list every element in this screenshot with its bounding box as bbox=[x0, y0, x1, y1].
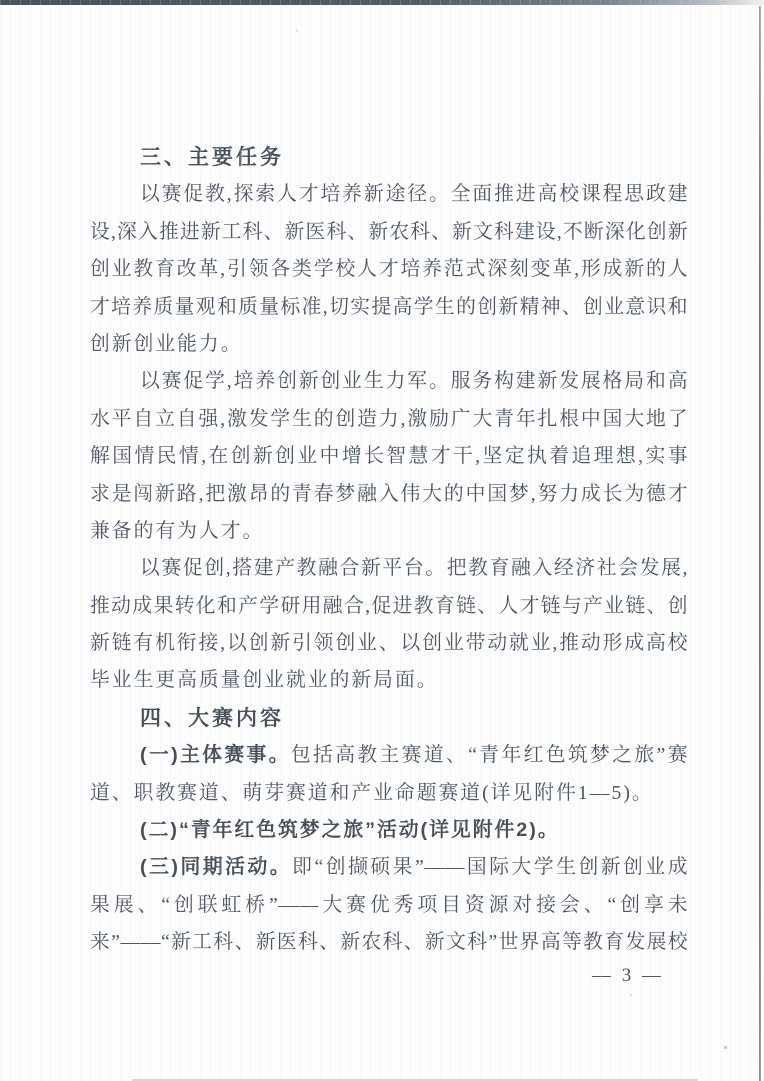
scan-speck bbox=[724, 1046, 727, 1049]
body-line: 求是闯新路,把激昂的青春梦融入伟大的中国梦,努力成长为德才 bbox=[90, 476, 688, 513]
body-line: (一)主体赛事。包括高教主赛道、“青年红色筑梦之旅”赛 bbox=[90, 737, 688, 774]
body-line: 来”——“新工科、新医科、新农科、新文科”世界高等教育发展校 bbox=[90, 924, 688, 961]
body-line: 才培养质量观和质量标准,切实提高学生的创新精神、创业意识和 bbox=[90, 289, 688, 326]
scanned-document-page: { "page": { "number_label": "— 3 —", "in… bbox=[0, 0, 764, 1081]
body-line: 创业教育改革,引领各类学校人才培养范式深刻变革,形成新的人 bbox=[90, 251, 688, 288]
body-line: 道、职教赛道、萌芽赛道和产业命题赛道(详见附件1—5)。 bbox=[90, 775, 688, 812]
item-red-dream-journey: (二)“青年红色筑梦之旅”活动(详见附件2)。 bbox=[90, 812, 688, 849]
section-heading-main-tasks: 三、主要任务 bbox=[90, 139, 688, 176]
body-line: 以赛促创,搭建产教融合新平台。把教育融入经济社会发展, bbox=[90, 550, 688, 587]
item-lead-main-events: (一)主体赛事。 bbox=[140, 744, 291, 766]
body-line: 创新创业能力。 bbox=[90, 326, 688, 363]
body-line: (三)同期活动。即“创撷硕果”——国际大学生创新创业成 bbox=[90, 849, 688, 886]
item-text: 即“创撷硕果”——国际大学生创新创业成 bbox=[292, 856, 688, 878]
paragraph-promote-innovation: 以赛促创,搭建产教融合新平台。把教育融入经济社会发展, 推动成果转化和产学研用融… bbox=[90, 550, 688, 700]
body-line: 解国情民情,在创新创业中增长智慧才干,坚定执着追理想,实事 bbox=[90, 438, 688, 475]
scan-speck bbox=[296, 30, 298, 32]
body-line: 以赛促学,培养创新创业生力军。服务构建新发展格局和高 bbox=[90, 363, 688, 400]
item-lead-red-dream-journey: (二)“青年红色筑梦之旅”活动(详见附件2)。 bbox=[140, 819, 560, 841]
body-line: 果展、“创联虹桥”——大赛优秀项目资源对接会、“创享未 bbox=[90, 887, 688, 924]
document-body: 三、主要任务 以赛促教,探索人才培养新途径。全面推进高校课程思政建 设,深入推进… bbox=[90, 139, 688, 962]
body-line: 推动成果转化和产学研用融合,促进教育链、人才链与产业链、创 bbox=[90, 588, 688, 625]
body-line: 毕业生更高质量创业就业的新局面。 bbox=[90, 662, 688, 699]
item-main-events: (一)主体赛事。包括高教主赛道、“青年红色筑梦之旅”赛 道、职教赛道、萌芽赛道和… bbox=[90, 737, 688, 812]
paragraph-promote-teaching: 以赛促教,探索人才培养新途径。全面推进高校课程思政建 设,深入推进新工科、新医科… bbox=[90, 176, 688, 363]
body-line: 新链有机衔接,以创新引领创业、以创业带动就业,推动形成高校 bbox=[90, 625, 688, 662]
body-line: 兼备的有为人才。 bbox=[90, 513, 688, 550]
paragraph-promote-learning: 以赛促学,培养创新创业生力军。服务构建新发展格局和高 水平自立自强,激发学生的创… bbox=[90, 363, 688, 550]
item-concurrent-activities: (三)同期活动。即“创撷硕果”——国际大学生创新创业成 果展、“创联虹桥”——大… bbox=[90, 849, 688, 961]
scan-edge-right bbox=[759, 6, 761, 1081]
section-heading-competition-content: 四、大赛内容 bbox=[90, 700, 688, 737]
scan-speck bbox=[630, 994, 632, 996]
body-line: 设,深入推进新工科、新医科、新农科、新文科建设,不断深化创新 bbox=[90, 214, 688, 251]
item-lead-concurrent-activities: (三)同期活动。 bbox=[140, 856, 292, 878]
scan-edge-top bbox=[0, 0, 764, 5]
body-line: 水平自立自强,激发学生的创造力,激励广大青年扎根中国大地了 bbox=[90, 401, 688, 438]
page-number: — 3 — bbox=[592, 964, 664, 988]
body-line: 以赛促教,探索人才培养新途径。全面推进高校课程思政建 bbox=[90, 176, 688, 213]
item-text: 包括高教主赛道、“青年红色筑梦之旅”赛 bbox=[291, 744, 688, 766]
body-line: (二)“青年红色筑梦之旅”活动(详见附件2)。 bbox=[90, 812, 688, 849]
